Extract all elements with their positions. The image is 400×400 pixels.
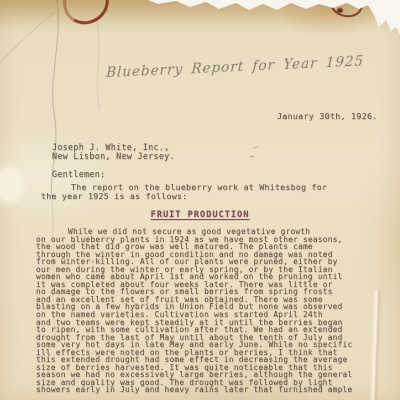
section-heading: FRUIT PRODUCTION [0, 210, 400, 220]
paper-sheet: Blueberry Report for Year 1925 January 3… [0, 0, 400, 400]
scanned-letter: Blueberry Report for Year 1925 January 3… [0, 0, 400, 400]
rust-spot-icon [352, 1, 356, 5]
paper-smudge [0, 166, 24, 204]
pencil-tick [253, 146, 258, 148]
rust-spot-icon [337, 8, 343, 13]
rust-clip-stain-right-icon [328, 0, 365, 19]
handwritten-title: Blueberry Report for Year 1925 [106, 55, 337, 81]
pencil-tick [250, 156, 254, 158]
salutation: Gentlemen: [52, 169, 105, 179]
recipient-address: Joseph J. White, Inc., New Lisbon, New J… [52, 143, 175, 161]
body-line: showers early in July and heavy rains la… [36, 386, 382, 394]
date-line: January 30th, 1926. [277, 111, 378, 121]
recipient-city: New Lisbon, New Jersey. [52, 152, 175, 161]
body-paragraph: While we did not secure as good vegetati… [36, 228, 382, 394]
rust-clip-stain-left-icon [58, 0, 113, 29]
intro-line: the year 1925 is as follows: [41, 192, 381, 201]
torn-paper-edge [0, 0, 400, 34]
intro-paragraph: The report on the blueberry work at Whit… [41, 183, 381, 202]
